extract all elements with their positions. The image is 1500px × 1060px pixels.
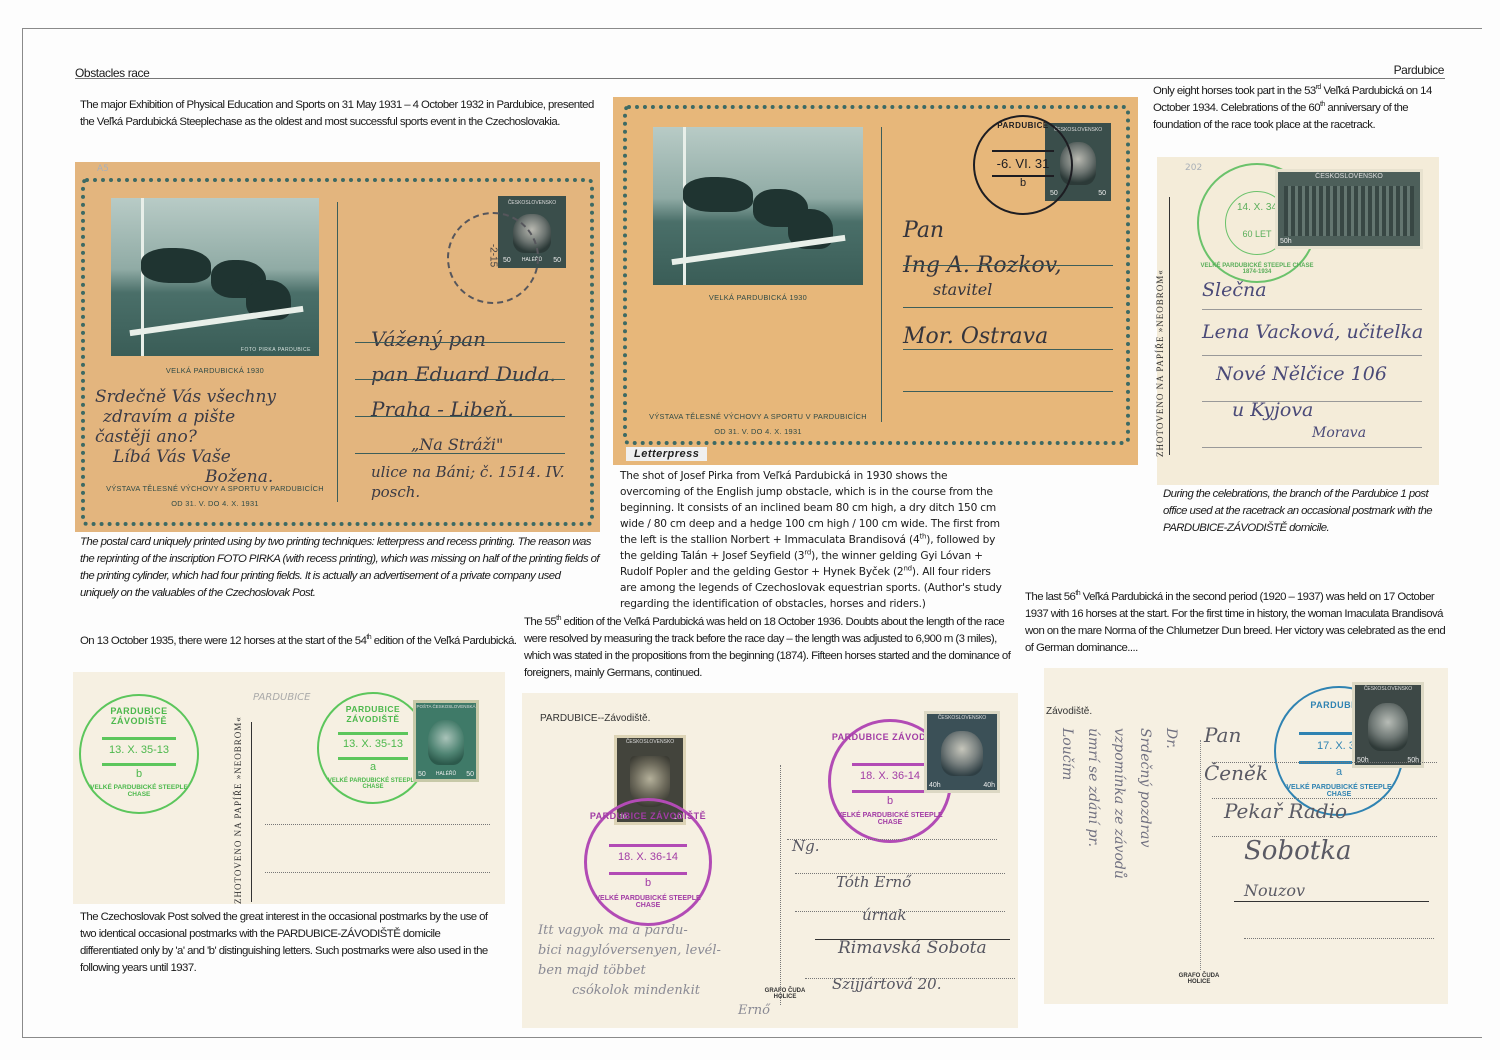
photo-title: VELKÁ PARDUBICKÁ 1930 xyxy=(111,366,319,375)
postcard-1931-rozkov: VELKÁ PARDUBICKÁ 1930 VÝSTAVA TĚLESNÉ VÝ… xyxy=(613,97,1138,465)
header-rule xyxy=(75,78,1445,79)
steeplechase-photo: FOTO PIRKA PARDUBICE xyxy=(111,198,319,356)
intro-text: The major Exhibition of Physical Educati… xyxy=(80,97,595,131)
handwritten-address: Pan Ing A. Rozkov, stavitel Mor. Ostrava xyxy=(903,209,1062,359)
postcard-1931-duda: A5 FOTO PIRKA PARDUBICE VELKÁ PARDUBICKÁ… xyxy=(75,162,600,532)
header-location: Pardubice xyxy=(1394,63,1444,77)
paper-imprint: ZHOTOVENO NA PAPÍŘE »NEOBROM« xyxy=(1155,269,1165,457)
printed-title: PARDUBICE--Závodiště. xyxy=(540,713,650,724)
card-divider xyxy=(337,202,338,502)
paper-imprint: ZHOTOVENO NA PAPÍŘE »NEOBROM« xyxy=(233,716,243,904)
text-1936: The 55th edition of the Veľká Pardubická… xyxy=(524,614,1019,682)
card-divider xyxy=(780,765,782,1005)
stamp-benes-50h: ČESKOSLOVENSKO 50h50h xyxy=(1352,682,1424,768)
stamp-komensky-40h: ČESKOSLOVENSKO 40h40h xyxy=(924,711,1000,793)
steeplechase-photo xyxy=(653,127,863,285)
pencil-note: PARDUBICE xyxy=(253,692,310,703)
card4-caption: The Czechoslovak Post solved the great i… xyxy=(80,909,500,977)
card-divider xyxy=(1169,197,1170,455)
card-divider xyxy=(1200,740,1202,970)
postmark-b: PARDUBICE ZÁVODIŠTĚ 13. X. 35-13 b VELKÉ… xyxy=(79,694,199,814)
printer-mark: GRAFO ČUDA HOLICE xyxy=(760,988,810,1000)
postcard-1936-toth: PARDUBICE--Závodiště. ČESKOSLOVENSKO 101… xyxy=(522,693,1018,1028)
photo-credit: FOTO PIRKA PARDUBICE xyxy=(241,347,311,353)
photo-title: VELKÁ PARDUBICKÁ 1930 xyxy=(653,293,863,302)
card-divider xyxy=(251,722,252,902)
card1-caption: The postal card uniquely printed using b… xyxy=(80,534,600,602)
printed-title: Závodiště. xyxy=(1046,706,1092,717)
stamp-anniversary-50h: ČESKOSLOVENSKO 50h xyxy=(1275,169,1423,249)
card-divider xyxy=(881,127,882,422)
stamp-masaryk-green-50: POŠTA ČESKOSLOVENSKÁ 50HALÉŘŮ50 xyxy=(413,700,479,782)
postcard-1937-cenek: Závodiště. Dr. Srdečný pozdrav vzpomínka… xyxy=(1044,668,1448,1004)
handwritten-message: Itt vagyok ma a pardu- bici nagylóversen… xyxy=(538,921,770,1021)
handwritten-address: Ng. Tóth Ernő úrnak Rimavská Sobota Szij… xyxy=(792,828,987,1002)
postmark-b-left: PARDUBICE ZÁVODIŠTĚ 18. X. 36-14 b VELKÉ… xyxy=(584,798,712,926)
handwritten-address: Pan Čeněk Pekař Radio Sobotka Nouzov xyxy=(1204,716,1351,910)
postcard-1935-postmarks: PARDUBICE ZÁVODIŠTĚ 13. X. 35-13 b VELKÉ… xyxy=(73,672,505,904)
exhibition-line-2: OD 31. V. DO 4. X. 1931 xyxy=(633,427,883,436)
pencil-note: 202 xyxy=(1185,163,1202,173)
postmark-pardubice: -2-15 xyxy=(447,212,539,304)
text-1934: Only eight horses took part in the 53rd … xyxy=(1153,83,1453,134)
pencil-note: A5 xyxy=(97,164,109,174)
card3-caption: During the celebrations, the branch of t… xyxy=(1163,486,1453,537)
text-1937: The last 56th Veľká Pardubická in the se… xyxy=(1025,589,1455,657)
handwritten-message: Dr. Srdečný pozdrav vzpomínka ze závodů … xyxy=(1054,728,1184,968)
text-1935: On 13 October 1935, there were 12 horses… xyxy=(80,633,520,650)
letterpress-label: Letterpress xyxy=(626,447,707,461)
postmark-exhibition: PARDUBICE -6. VI. 31 b xyxy=(973,115,1073,215)
handwritten-message: Srdečně Vás všechny zdravím a pište čast… xyxy=(95,387,276,487)
printer-mark: GRAFO ČUDA HOLICE xyxy=(1174,973,1224,985)
exhibition-line-2: OD 31. V. DO 4. X. 1931 xyxy=(95,499,335,508)
handwritten-address: Vážený pan pan Eduard Duda. Praha - Libe… xyxy=(371,322,600,502)
card2-caption: The shot of Josef Pirka from Veľká Pardu… xyxy=(620,468,1010,612)
exhibition-line-1: VÝSTAVA TĚLESNÉ VÝCHOVY A SPORTU V PARDU… xyxy=(633,412,883,421)
postcard-1934-vackova: 202 ZHOTOVENO NA PAPÍŘE »NEOBROM« 14. X.… xyxy=(1157,157,1439,485)
